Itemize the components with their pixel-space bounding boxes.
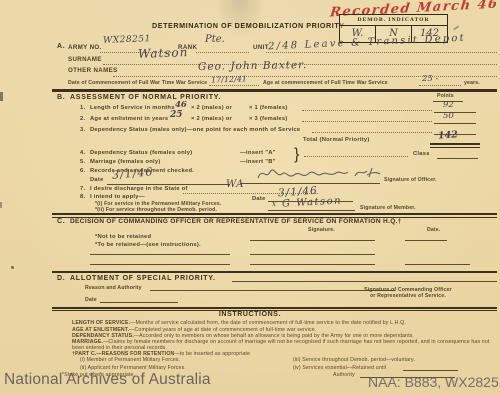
archive-reference: NAA: B883, WX28251 — [368, 374, 500, 390]
b-row1-number: 1. — [80, 105, 85, 111]
b-row4-number: 4. — [80, 150, 85, 156]
instruction-rest: —Months of service calculated from, the … — [130, 320, 406, 326]
b-row5-number: 5. — [80, 159, 85, 165]
instruction-lead: LENGTH OF SERVICE. — [72, 320, 130, 326]
b-row1-females: × 1 (females) — [249, 105, 288, 111]
retention-reason-i: (i) Member of Permanent Military Forces. — [80, 357, 180, 363]
length-of-service-value: 46 — [175, 100, 187, 110]
points-column-header: Points — [437, 93, 454, 99]
demob-indicator-header: DEMOB. INDICATOR — [340, 15, 447, 26]
section-d-label: D. — [57, 275, 66, 282]
section-a-label: A. — [57, 43, 66, 50]
army-no-value: WX28251 — [103, 34, 151, 46]
b-row2-number: 2. — [80, 116, 85, 122]
total-points-value: 142 — [438, 129, 459, 141]
scanned-form-page: Recorded March 46 DETERMINATION OF DEMOB… — [0, 0, 500, 395]
scan-artifact — [0, 202, 2, 208]
b-row7-number: 7. — [80, 186, 85, 192]
b-row4-text: Dependency Status (females only) — [90, 150, 192, 156]
surname-value: Watson — [138, 45, 189, 61]
instruction-length-of-service: LENGTH OF SERVICE.—Months of service cal… — [72, 320, 406, 326]
signature-of-officer-label: Signature of Officer. — [384, 177, 437, 183]
points-row1-value: 92 — [443, 100, 454, 110]
b-row5-text: Marriage (females only) — [90, 159, 161, 165]
section-d-heading: ALLOTMENT OF SPECIAL PRIORITY. — [70, 275, 216, 282]
d-signature-line2: or Representative of Service. — [352, 293, 464, 299]
age-at-enlistment-value: 25 — [170, 110, 183, 120]
brace-glyph: } — [294, 146, 299, 164]
signature-of-member-label: Signature of Member. — [360, 205, 416, 211]
section-c-label: C. — [57, 218, 66, 225]
scan-artifact — [453, 25, 459, 30]
section-c-heading: DECISION OF COMMANDING OFFICER OR REPRES… — [70, 218, 402, 225]
member-signature-mark: x — [272, 200, 276, 208]
b-row3-text: Dependency Status (males only)—one point… — [90, 127, 300, 133]
b-row2-females: × 3 (females) — [249, 116, 288, 122]
b-row7-text: I desire discharge in the State of — [90, 186, 188, 192]
b-row3-number: 3. — [80, 127, 85, 133]
retention-reason-iv: (iv) Services essential—Retained until — [293, 365, 386, 371]
instruction-marriage: MARRIAGE.—Claims by female members for d… — [72, 339, 498, 351]
b-row8-number: 8. — [80, 194, 85, 200]
commencement-date-label: Date of Commencement of Full War Time Wa… — [68, 80, 207, 86]
instruction-rest: —to be inserted as appropriate — [174, 351, 250, 357]
instructions-heading: INSTRUCTIONS. — [0, 311, 500, 318]
c-option-to-be-retained: *To be retained—(see instructions). — [95, 242, 201, 248]
officer-signature — [255, 163, 390, 183]
retention-reason-iii: (iii) Service throughout Demob. period—v… — [293, 357, 415, 363]
reason-and-authority-label: Reason and Authority — [85, 285, 142, 291]
scan-artifact — [11, 266, 14, 269]
b-row8-date-label: Date — [252, 196, 266, 202]
section-b-label: B. — [57, 94, 66, 101]
class-label: Class — [413, 151, 430, 157]
other-names-value: Geo. John Baxter. — [198, 59, 308, 73]
b-row6-date-label: Date — [90, 177, 104, 183]
records-checked-date: 3/1/46 — [112, 165, 154, 182]
d-date-label: Date — [85, 297, 97, 303]
discharge-state-value: WA — [226, 179, 244, 190]
c-option-not-retained: *Not to be retained — [95, 234, 151, 240]
instruction-lead: MARRIAGE. — [72, 339, 103, 345]
rank-value: Pte. — [205, 34, 225, 45]
unit-label: UNIT — [253, 44, 269, 51]
b-row1-males: × 2 (males) or — [191, 105, 232, 111]
b-row2-males: × 2 (males) or — [191, 116, 232, 122]
b-row2-text: Age at enlistment in years — [90, 116, 168, 122]
authority-label: Authority — [333, 372, 355, 378]
scan-artifact — [0, 92, 3, 101]
total-label: Total (Normal Priority) — [303, 137, 370, 143]
b-row4-insert: —insert "A" — [240, 150, 276, 156]
b-row8-text: I intend to apply— — [90, 194, 145, 200]
section-b-heading: ASSESSMENT OF NORMAL PRIORITY. — [70, 94, 221, 101]
form-title: DETERMINATION OF DEMOBILIZATION PRIORITY — [152, 21, 345, 30]
c-signature-column: Signature. — [308, 227, 335, 233]
archive-watermark: National Archives of Australia — [4, 371, 211, 389]
b-row1-text: Length of Service in months — [90, 105, 175, 111]
points-row2-value: 50 — [443, 111, 454, 121]
commencement-date-value: 17/12/41 — [211, 74, 247, 84]
b-row6-number: 6. — [80, 168, 85, 174]
age-at-commencement-value: 25 - — [422, 74, 438, 84]
surname-label: SURNAME — [68, 56, 102, 63]
c-date-column: Date. — [427, 227, 440, 233]
age-at-commencement-label: Age at commencement of Full Time War Ser… — [263, 80, 388, 86]
member-signature: G Watson — [282, 195, 343, 209]
other-names-label: OTHER NAMES — [68, 67, 118, 74]
instruction-rest: —Claims by female members for discharge … — [72, 339, 489, 351]
army-no-label: ARMY NO. — [68, 44, 102, 51]
years-label: years. — [464, 80, 480, 86]
